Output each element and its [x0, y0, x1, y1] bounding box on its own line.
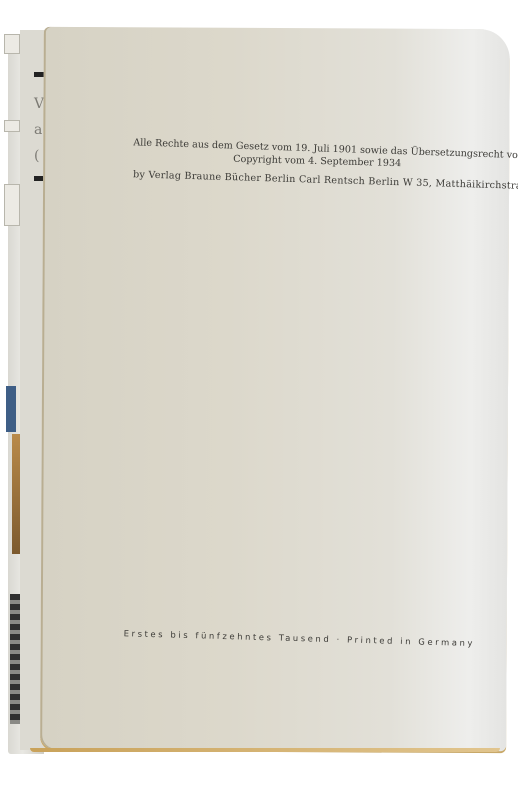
binding-thread	[10, 594, 20, 724]
torn-edge	[4, 184, 20, 226]
cover-fragment	[12, 434, 20, 554]
rule-mark	[34, 72, 44, 77]
page-bottom-edge	[30, 748, 500, 752]
facing-page-letter: a	[34, 122, 42, 138]
torn-edge	[4, 120, 20, 132]
edition-line: Erstes bis fünfzehntes Tausend · Printed…	[124, 628, 476, 648]
cover-fragment	[6, 386, 16, 432]
book-page: Alle Rechte aus dem Gesetz vom 19. Juli …	[40, 27, 510, 751]
publisher-line: by Verlag Braune Bücher Berlin Carl Rent…	[133, 169, 518, 192]
facing-page-letter: (	[34, 148, 39, 164]
torn-edge	[4, 34, 20, 54]
